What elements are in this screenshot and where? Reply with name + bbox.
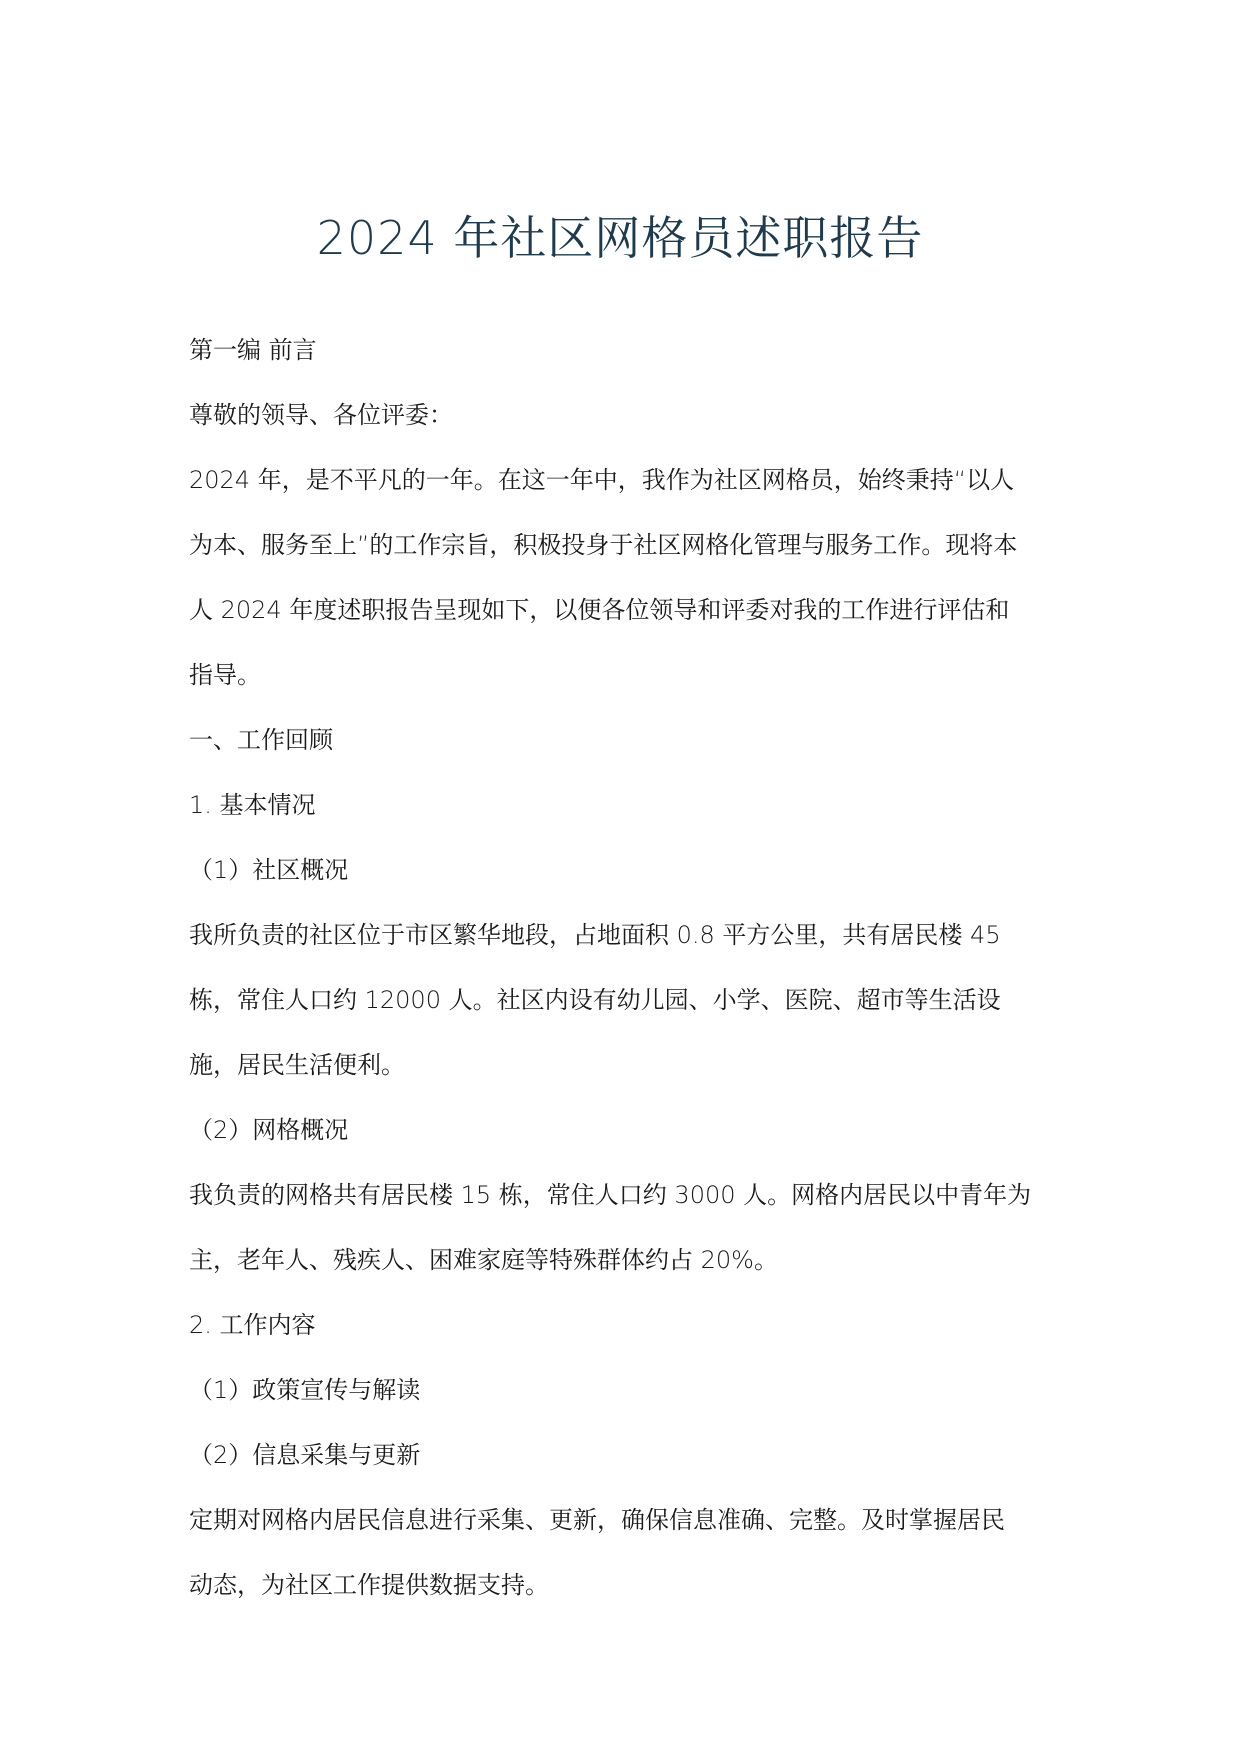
paragraph-line: 我所负责的社区位于市区繁华地段，占地面积 0.8 平方公里，共有居民楼 45 (189, 903, 1059, 968)
document-title: 2024 年社区网格员述职报告 (0, 208, 1240, 268)
document-page: 2024 年社区网格员述职报告 第一编 前言 尊敬的领导、各位评委： 2024 … (0, 0, 1240, 1753)
subheading-policy-promotion: （1）政策宣传与解读 (189, 1358, 1059, 1423)
paragraph-line: 指导。 (189, 643, 1059, 708)
section-heading-work-review: 一、工作回顾 (189, 708, 1059, 773)
paragraph-line: 动态，为社区工作提供数据支持。 (189, 1553, 1059, 1618)
grid-overview-paragraph: 我负责的网格共有居民楼 15 栋，常住人口约 3000 人。网格内居民以中青年为… (189, 1163, 1059, 1293)
subheading-basic-info: 1. 基本情况 (189, 773, 1059, 838)
subheading-work-content: 2. 工作内容 (189, 1293, 1059, 1358)
paragraph-line: 定期对网格内居民信息进行采集、更新，确保信息准确、完整。及时掌握居民 (189, 1488, 1059, 1553)
community-overview-paragraph: 我所负责的社区位于市区繁华地段，占地面积 0.8 平方公里，共有居民楼 45 栋… (189, 903, 1059, 1098)
paragraph-line: 2024 年，是不平凡的一年。在这一年中，我作为社区网格员，始终秉持“以人 (189, 448, 1059, 513)
paragraph-line: 为本、服务至上”的工作宗旨，积极投身于社区网格化管理与服务工作。现将本 (189, 513, 1059, 578)
salutation: 尊敬的领导、各位评委： (189, 383, 1059, 448)
paragraph-line: 主，老年人、残疾人、困难家庭等特殊群体约占 20%。 (189, 1228, 1059, 1293)
paragraph-line: 施，居民生活便利。 (189, 1033, 1059, 1098)
subheading-info-collection: （2）信息采集与更新 (189, 1423, 1059, 1488)
paragraph-line: 栋，常住人口约 12000 人。社区内设有幼儿园、小学、医院、超市等生活设 (189, 968, 1059, 1033)
paragraph-line: 人 2024 年度述职报告呈现如下，以便各位领导和评委对我的工作进行评估和 (189, 578, 1059, 643)
info-collection-paragraph: 定期对网格内居民信息进行采集、更新，确保信息准确、完整。及时掌握居民 动态，为社… (189, 1488, 1059, 1618)
intro-paragraph: 2024 年，是不平凡的一年。在这一年中，我作为社区网格员，始终秉持“以人 为本… (189, 448, 1059, 708)
subheading-grid-overview: （2）网格概况 (189, 1098, 1059, 1163)
document-body: 第一编 前言 尊敬的领导、各位评委： 2024 年，是不平凡的一年。在这一年中，… (189, 318, 1059, 1618)
paragraph-line: 我负责的网格共有居民楼 15 栋，常住人口约 3000 人。网格内居民以中青年为 (189, 1163, 1059, 1228)
subheading-community-overview: （1）社区概况 (189, 838, 1059, 903)
section-heading-preface: 第一编 前言 (189, 318, 1059, 383)
